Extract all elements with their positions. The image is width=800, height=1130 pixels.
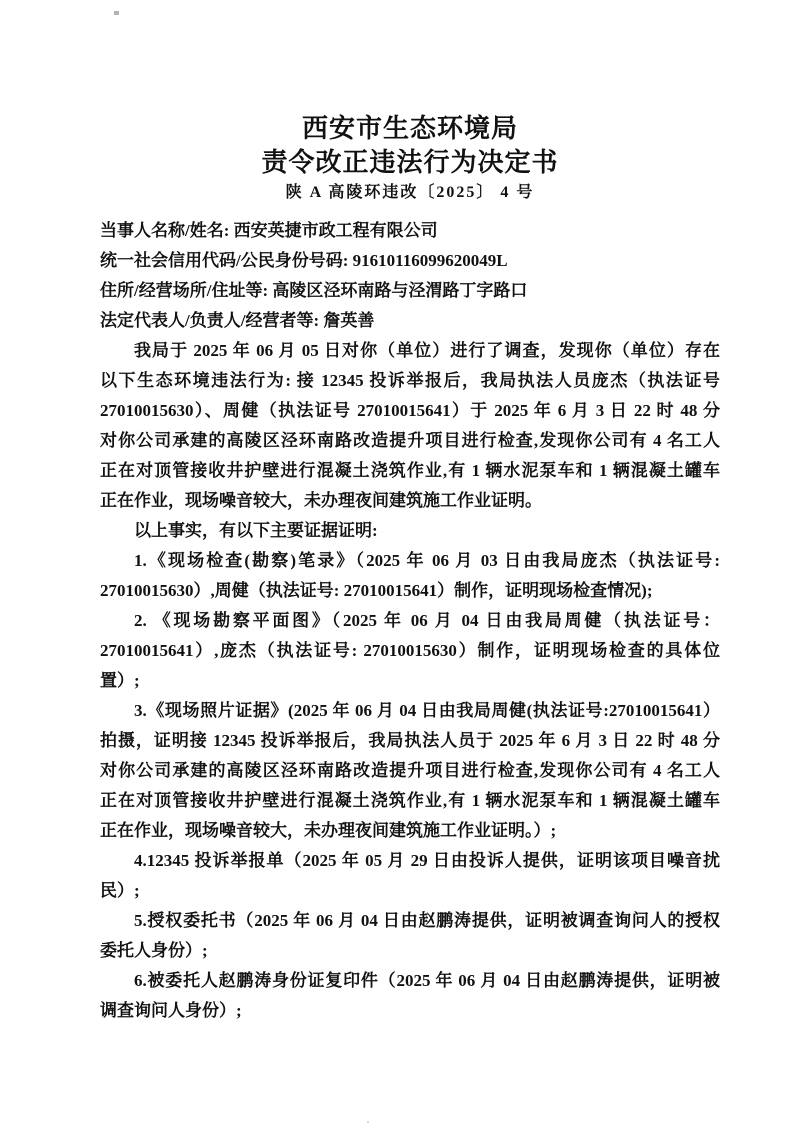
evidence-item-line: 委托人身份）;: [100, 936, 720, 966]
credit-code-line: 统一社会信用代码/公民身份号码: 91610116099620049L: [100, 246, 720, 276]
evidence-item-line: 4.12345 投诉举报单（2025 年 05 月 29 日由投诉人提供，证明该…: [100, 846, 720, 876]
document-agency-title: 西安市生态环境局: [100, 112, 720, 146]
document-page: 西安市生态环境局 责令改正违法行为决定书 陕 A 高陵环违改〔2025〕 4 号…: [0, 0, 800, 1130]
evidence-item-line: 置）;: [100, 666, 720, 696]
evidence-item-line: 调查询问人身份）;: [100, 996, 720, 1026]
scan-artifact: [367, 1121, 369, 1123]
evidence-item-line: 3.《现场照片证据》(2025 年 06 月 04 日由我局周健(执法证号:27…: [100, 696, 720, 726]
scan-artifact: [114, 11, 119, 15]
evidence-item-line: 1.《现场检查(勘察)笔录》（2025 年 06 月 03 日由我局庞杰（执法证…: [100, 546, 720, 576]
party-name-line: 当事人名称/姓名: 西安英捷市政工程有限公司: [100, 216, 720, 246]
evidence-item-line: 6.被委托人赵鹏涛身份证复印件（2025 年 06 月 04 日由赵鹏涛提供，证…: [100, 966, 720, 996]
evidence-item-line: 正在对顶管接收井护壁进行混凝土浇筑作业,有 1 辆水泥泵车和 1 辆混凝土罐车: [100, 786, 720, 816]
evidence-item-line: 对你公司承建的高陵区泾环南路改造提升项目进行检查,发现你公司有 4 名工人: [100, 756, 720, 786]
evidence-item-line: 5.授权委托书（2025 年 06 月 04 日由赵鹏涛提供，证明被调查询问人的…: [100, 906, 720, 936]
evidence-item-line: 2. 《现场勘察平面图》（2025 年 06 月 04 日由我局周健（执法证号：: [100, 606, 720, 636]
document-subtitle: 责令改正违法行为决定书: [100, 146, 720, 180]
body-line: 27010015630）、周健（执法证号 27010015641）于 2025 …: [100, 396, 720, 426]
document-body: 当事人名称/姓名: 西安英捷市政工程有限公司 统一社会信用代码/公民身份号码: …: [100, 216, 720, 1026]
body-line: 我局于 2025 年 06 月 05 日对你（单位）进行了调查，发现你（单位）存…: [100, 336, 720, 366]
body-line: 正在对顶管接收井护壁进行混凝土浇筑作业,有 1 辆水泥泵车和 1 辆混凝土罐车: [100, 456, 720, 486]
evidence-item-line: 27010015630）,周健（执法证号: 27010015641）制作，证明现…: [100, 576, 720, 606]
legal-representative-line: 法定代表人/负责人/经营者等: 詹英善: [100, 306, 720, 336]
evidence-item-line: 正在作业，现场噪音较大，未办理夜间建筑施工作业证明。）;: [100, 816, 720, 846]
document-number: 陕 A 高陵环违改〔2025〕 4 号: [100, 182, 720, 204]
evidence-item-line: 27010015641）,庞杰（执法证号: 27010015630）制作，证明现…: [100, 636, 720, 666]
evidence-item-line: 民）;: [100, 876, 720, 906]
body-line: 正在作业，现场噪音较大，未办理夜间建筑施工作业证明。: [100, 486, 720, 516]
evidence-intro-line: 以上事实，有以下主要证据证明:: [100, 516, 720, 546]
evidence-item-line: 拍摄，证明接 12345 投诉举报后，我局执法人员于 2025 年 6 月 3 …: [100, 726, 720, 756]
address-line: 住所/经营场所/住址等: 高陵区泾环南路与泾渭路丁字路口: [100, 276, 720, 306]
body-line: 对你公司承建的高陵区泾环南路改造提升项目进行检查,发现你公司有 4 名工人: [100, 426, 720, 456]
body-line: 以下生态环境违法行为: 接 12345 投诉举报后，我局执法人员庞杰（执法证号: [100, 366, 720, 396]
